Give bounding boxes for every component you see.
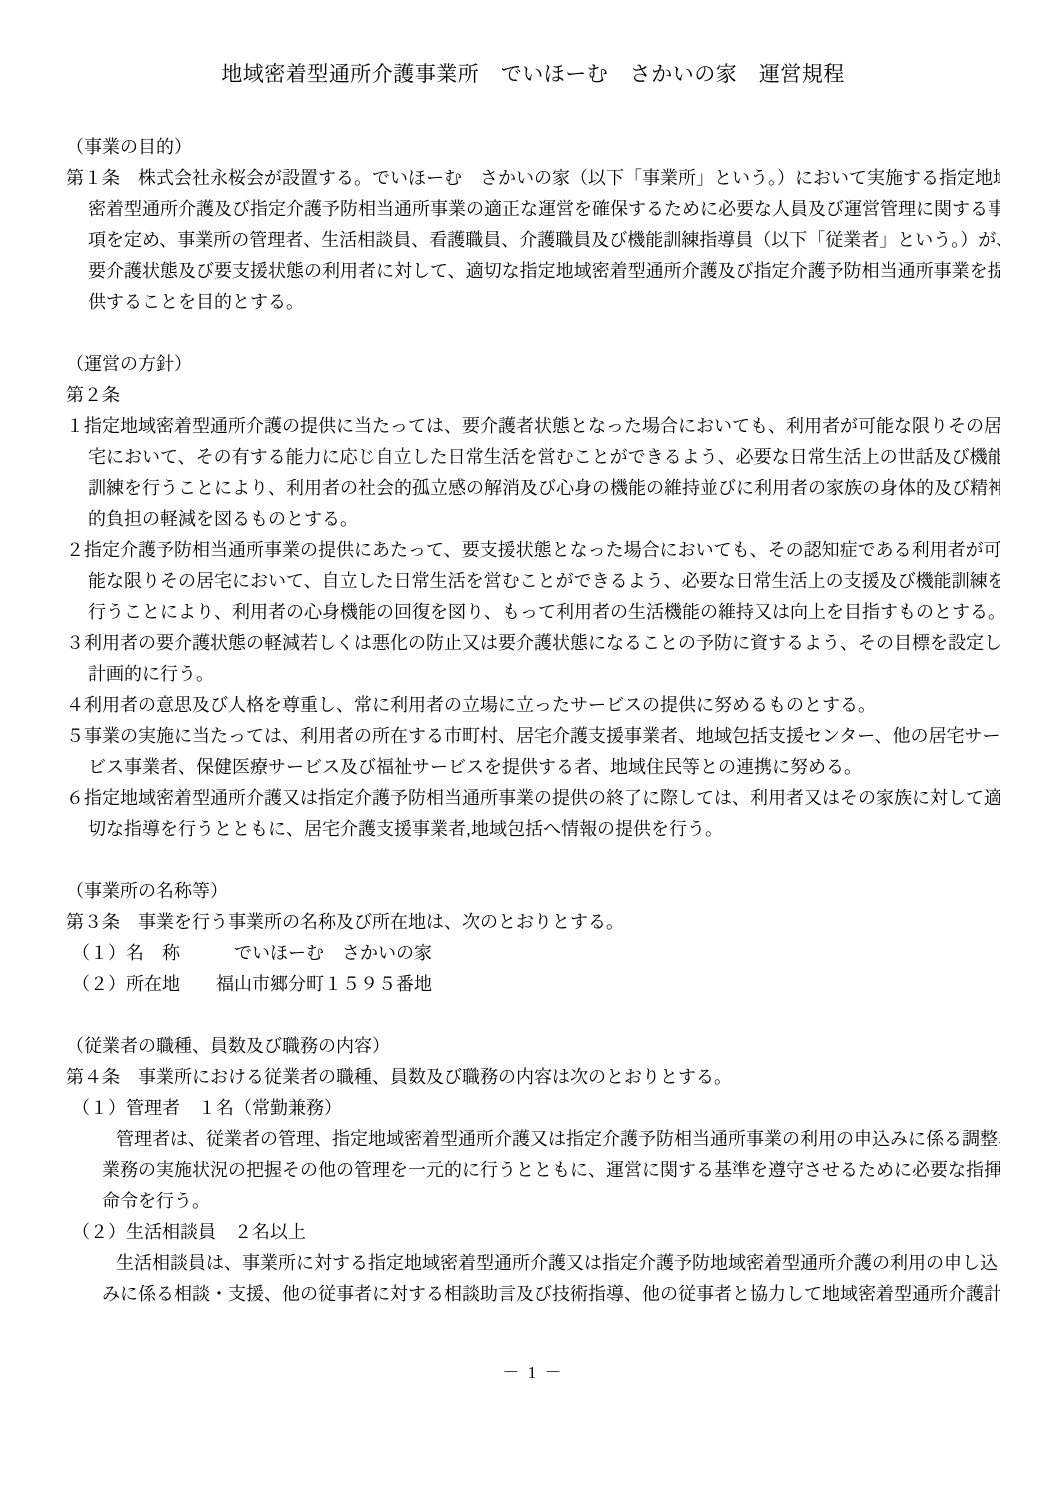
- body-line: 供することを目的とする。: [66, 287, 1000, 318]
- list-item-line: 行うことにより、利用者の心身機能の回復を図り、もって利用者の生活機能の維持又は向…: [66, 597, 1000, 628]
- body-line: 項を定め、事業所の管理者、生活相談員、看護職員、介護職員及び機能訓練指導員（以下…: [66, 225, 1000, 256]
- body-line: 要介護状態及び要支援状態の利用者に対して、適切な指定地域密着型通所介護及び指定介…: [66, 256, 1000, 287]
- staff-role-line: 業務の実施状況の把握その他の管理を一元的に行うとともに、運営に関する基準を遵守さ…: [66, 1155, 1000, 1186]
- list-item-line: １指定地域密着型通所介護の提供に当たっては、要介護者状態となった場合においても、…: [66, 411, 1000, 442]
- list-item-line: 計画的に行う。: [66, 659, 1000, 690]
- page-title: 地域密着型通所介護事業所 でいほーむ さかいの家 運営規程: [66, 62, 1000, 88]
- document-page: 地域密着型通所介護事業所 でいほーむ さかいの家 運営規程 （事業の目的） 第１…: [0, 0, 1058, 1497]
- article-line: 第４条 事業所における従業者の職種、員数及び職務の内容は次のとおりとする。: [66, 1062, 1000, 1093]
- staff-role-line: 命令を行う。: [66, 1186, 1000, 1217]
- list-item-line: ５事業の実施に当たっては、利用者の所在する市町村、居宅介護支援事業者、地域包括支…: [66, 721, 1000, 752]
- section-heading: （運営の方針）: [66, 349, 1000, 380]
- list-item-line: ２指定介護予防相当通所事業の提供にあたって、要支援状態となった場合においても、そ…: [66, 535, 1000, 566]
- article-line: 第３条 事業を行う事業所の名称及び所在地は、次のとおりとする。: [66, 907, 1000, 938]
- section-heading: （事業所の名称等）: [66, 876, 1000, 907]
- section-policy: （運営の方針） 第２条 １指定地域密着型通所介護の提供に当たっては、要介護者状態…: [66, 349, 1000, 845]
- section-staff: （従業者の職種、員数及び職務の内容） 第４条 事業所における従業者の職種、員数及…: [66, 1031, 1000, 1310]
- section-heading: （従業者の職種、員数及び職務の内容）: [66, 1031, 1000, 1062]
- staff-role-label: （２）生活相談員 ２名以上: [66, 1217, 1000, 1248]
- staff-role-line: みに係る相談・支援、他の従事者に対する相談助言及び技術指導、他の従事者と協力して…: [66, 1279, 1000, 1310]
- list-item-line: ４利用者の意思及び人格を尊重し、常に利用者の立場に立ったサービスの提供に努めるも…: [66, 690, 1000, 721]
- facility-address-line: （２）所在地 福山市郷分町１５９５番地: [66, 969, 1000, 1000]
- facility-name-line: （１）名 称 でいほーむ さかいの家: [66, 938, 1000, 969]
- staff-role-line: 生活相談員は、事業所に対する指定地域密着型通所介護又は指定介護予防地域密着型通所…: [66, 1248, 1000, 1279]
- list-item-line: 能な限りその居宅において、自立した日常生活を営むことができるよう、必要な日常生活…: [66, 566, 1000, 597]
- body-line: 密着型通所介護及び指定介護予防相当通所事業の適正な運営を確保するために必要な人員…: [66, 194, 1000, 225]
- list-item-line: 宅において、その有する能力に応じ自立した日常生活を営むことができるよう、必要な日…: [66, 442, 1000, 473]
- list-item-line: ビス事業者、保健医療サービス及び福祉サービスを提供する者、地域住民等との連携に努…: [66, 752, 1000, 783]
- body-line: 第１条 株式会社永桜会が設置する。でいほーむ さかいの家（以下「事業所」という。…: [66, 163, 1000, 194]
- page-number: － 1 －: [66, 1357, 1000, 1388]
- staff-role-line: 管理者は、従業者の管理、指定地域密着型通所介護又は指定介護予防相当通所事業の利用…: [66, 1124, 1000, 1155]
- article-number: 第２条: [66, 380, 1000, 411]
- list-item-line: 訓練を行うことにより、利用者の社会的孤立感の解消及び心身の機能の維持並びに利用者…: [66, 473, 1000, 504]
- section-purpose: （事業の目的） 第１条 株式会社永桜会が設置する。でいほーむ さかいの家（以下「…: [66, 132, 1000, 318]
- list-item-line: 的負担の軽減を図るものとする。: [66, 504, 1000, 535]
- section-name-location: （事業所の名称等） 第３条 事業を行う事業所の名称及び所在地は、次のとおりとする…: [66, 876, 1000, 1000]
- staff-role-label: （１）管理者 １名（常勤兼務）: [66, 1093, 1000, 1124]
- list-item-line: ６指定地域密着型通所介護又は指定介護予防相当通所事業の提供の終了に際しては、利用…: [66, 783, 1000, 814]
- section-heading: （事業の目的）: [66, 132, 1000, 163]
- list-item-line: 切な指導を行うとともに、居宅介護支援事業者,地域包括へ情報の提供を行う。: [66, 814, 1000, 845]
- list-item-line: ３利用者の要介護状態の軽減若しくは悪化の防止又は要介護状態になることの予防に資す…: [66, 628, 1000, 659]
